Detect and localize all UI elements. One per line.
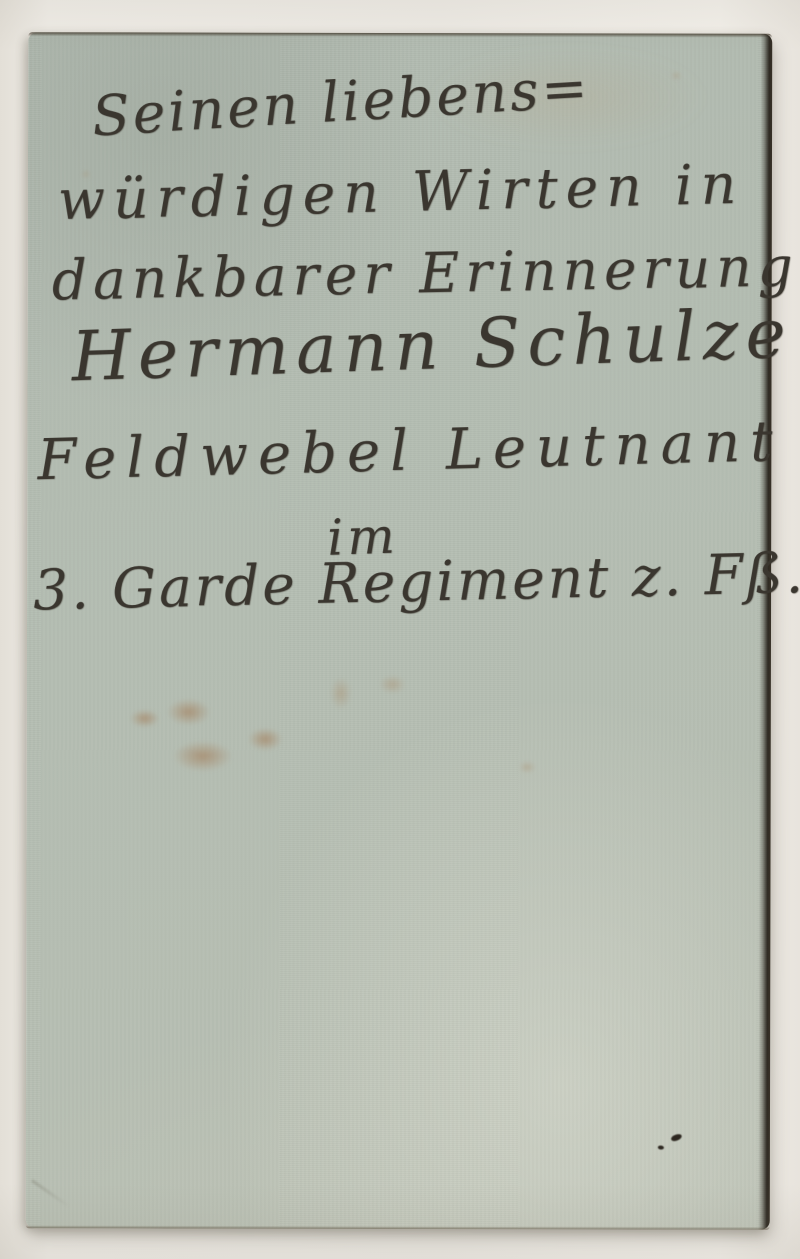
foxing-stain bbox=[130, 709, 160, 727]
corner-crease bbox=[31, 1179, 70, 1208]
foxing-stain bbox=[379, 675, 406, 694]
handwritten-line-2: würdigen Wirten in bbox=[57, 152, 745, 233]
card-right-edge-shadow bbox=[758, 34, 773, 1230]
card-bottom-edge-line bbox=[26, 1225, 770, 1230]
handwritten-line-4-signature: Hermann Schulze bbox=[70, 295, 794, 398]
foxing-stain bbox=[167, 699, 211, 726]
handwritten-line-5-rank: Feldwebel Leutnant bbox=[37, 409, 784, 493]
foxing-stain bbox=[82, 170, 90, 178]
card-top-edge-line bbox=[28, 32, 772, 38]
foxing-stain bbox=[671, 72, 681, 80]
handwritten-line-7-regiment: 3. Garde Regiment z. Fß. bbox=[32, 541, 800, 622]
ink-speck bbox=[670, 1133, 683, 1143]
foxing-stain bbox=[519, 761, 536, 773]
scanner-background: Seinen liebens= würdigen Wirten in dankb… bbox=[0, 0, 800, 1259]
ink-speck bbox=[658, 1146, 664, 1150]
foxing-stain bbox=[173, 741, 233, 772]
foxing-stain bbox=[330, 677, 352, 710]
photo-card-back: Seinen liebens= würdigen Wirten in dankb… bbox=[26, 32, 773, 1230]
foxing-stain bbox=[248, 728, 283, 751]
